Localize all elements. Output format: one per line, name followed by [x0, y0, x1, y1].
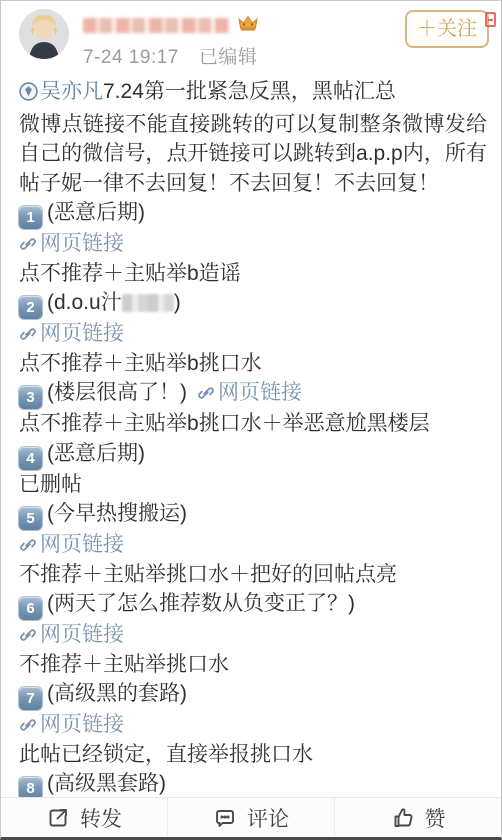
comment-button[interactable]: 评论: [167, 798, 334, 837]
list-item: 5(今早热搜搬运): [19, 499, 487, 530]
username-censored[interactable]: [83, 18, 229, 33]
web-link[interactable]: 网页链接: [19, 713, 124, 736]
gem-topic-icon: [19, 83, 38, 106]
item-label: (恶意后期): [47, 201, 145, 224]
avatar-image: [19, 9, 69, 59]
post-title: 吴亦凡7.24第一批紧急反黑，黑帖汇总: [19, 77, 487, 110]
comment-label: 评论: [247, 803, 289, 833]
item-action: 不推荐＋主贴举挑口水＋把好的回帖点亮: [19, 560, 487, 590]
item-label: (两天了怎么推荐数从负变正了？): [47, 592, 355, 615]
list-item: 8(高级黑套路): [19, 769, 487, 798]
item-label: (今早热搜搬运): [47, 502, 187, 525]
weibo-post-screenshot: 7-24 19:17已编辑 ＋关注 吴亦凡7.24第一批紧急反黑，黑帖汇总 微博…: [0, 0, 502, 840]
follow-button[interactable]: ＋关注: [405, 10, 489, 48]
link-icon: [19, 716, 37, 734]
action-bar: 转发 评论 赞: [1, 797, 501, 837]
item-action: 点不推荐＋主贴举b造谣: [19, 259, 487, 289]
item-label: (高级黑套路): [47, 772, 166, 795]
post-content: 吴亦凡7.24第一批紧急反黑，黑帖汇总 微博点链接不能直接跳转的可以复制整条微博…: [1, 71, 501, 798]
item-action: 点不推荐＋主贴举b挑口水: [19, 349, 487, 379]
number-badge: 8: [19, 777, 42, 798]
number-badge: 7: [19, 687, 42, 710]
repost-label: 转发: [80, 803, 122, 833]
post-paragraph: 微博点链接不能直接跳转的可以复制整条微博发给自己的微信号，点开链接可以跳转到a.…: [19, 110, 487, 199]
topic-link[interactable]: 吴亦凡: [19, 80, 103, 103]
list-item: 2(d.o.u汁): [19, 288, 487, 319]
item-label: (d.o.u汁: [47, 291, 122, 314]
web-link[interactable]: 网页链接: [19, 232, 124, 255]
list-item: 3(楼层很高了！)网页链接: [19, 378, 487, 409]
item-label: (楼层很高了！): [47, 381, 187, 404]
censored-text-block: [122, 294, 174, 312]
like-icon: [391, 806, 415, 830]
crown-icon: [237, 14, 259, 37]
number-badge: 3: [19, 386, 42, 409]
like-button[interactable]: 赞: [334, 798, 501, 837]
item-action: 不推荐＋主贴举挑口水: [19, 650, 487, 680]
like-label: 赞: [425, 803, 446, 833]
list-item: 1(恶意后期): [19, 198, 487, 229]
list-item: 4(恶意后期): [19, 439, 487, 470]
web-link[interactable]: 网页链接: [19, 623, 124, 646]
number-badge: 2: [19, 296, 42, 319]
link-icon: [197, 384, 215, 402]
link-icon: [19, 626, 37, 644]
number-badge: 4: [19, 447, 42, 470]
item-action: 此帖已经锁定，直接举报挑口水: [19, 740, 487, 770]
number-badge: 6: [19, 597, 42, 620]
avatar[interactable]: [19, 9, 69, 59]
post-header: 7-24 19:17已编辑 ＋关注: [1, 1, 501, 71]
link-icon: [19, 235, 37, 253]
comment-icon: [213, 806, 237, 830]
list-item: 7(高级黑的套路): [19, 679, 487, 710]
link-icon: [19, 325, 37, 343]
list-item: 6(两天了怎么推荐数从负变正了？): [19, 589, 487, 620]
item-action: 已删帖: [19, 470, 487, 500]
red-badge-icon: [485, 12, 496, 27]
number-badge: 1: [19, 206, 42, 229]
item-action: 点不推荐＋主贴举b挑口水＋举恶意尬黑楼层: [19, 409, 487, 439]
web-link[interactable]: 网页链接: [19, 322, 124, 345]
repost-icon: [46, 806, 70, 830]
web-link[interactable]: 网页链接: [197, 381, 302, 404]
repost-button[interactable]: 转发: [1, 798, 167, 837]
number-badge: 5: [19, 507, 42, 530]
title-text: 7.24第一批紧急反黑，黑帖汇总: [103, 80, 396, 103]
item-label: (高级黑的套路): [47, 682, 187, 705]
link-icon: [19, 536, 37, 554]
edited-label: 已编辑: [199, 47, 258, 68]
web-link[interactable]: 网页链接: [19, 533, 124, 556]
item-label: (恶意后期): [47, 442, 145, 465]
post-timestamp: 7-24 19:17: [83, 47, 179, 68]
item-label: ): [174, 291, 181, 314]
